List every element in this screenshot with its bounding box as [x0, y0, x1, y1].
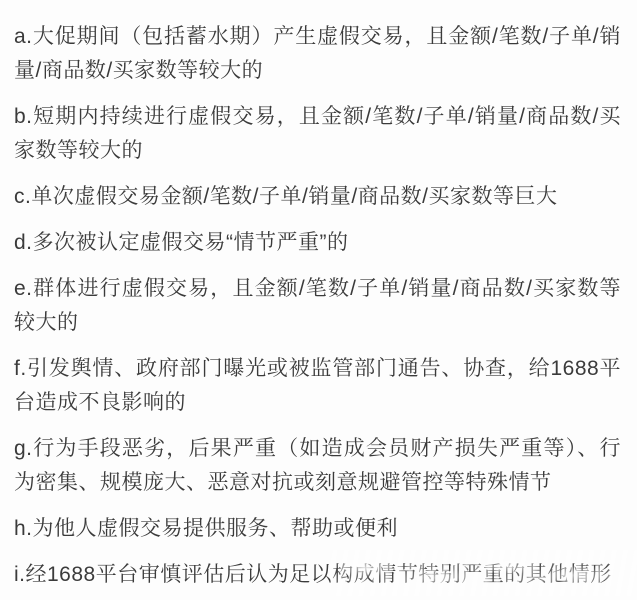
clause-g: g.行为手段恶劣，后果严重（如造成会员财产损失严重等）、行为密集、规模庞大、恶意…	[14, 432, 621, 500]
clause-c: c.单次虚假交易金额/笔数/子单/销量/商品数/买家数等巨大	[14, 180, 621, 214]
clause-i: i.经1688平台审慎评估后认为足以构成情节特别严重的其他情形	[14, 558, 621, 592]
clause-a: a.大促期间（包括蓄水期）产生虚假交易，且金额/笔数/子单/销量/商品数/买家数…	[14, 20, 621, 88]
clause-h: h.为他人虚假交易提供服务、帮助或便利	[14, 512, 621, 546]
clause-d: d.多次被认定虚假交易“情节严重”的	[14, 226, 621, 260]
clause-b: b.短期内持续进行虚假交易，且金额/笔数/子单/销量/商品数/买家数等较大的	[14, 100, 621, 168]
clause-f: f.引发舆情、政府部门曝光或被监管部门通告、协查，给1688平台造成不良影响的	[14, 352, 621, 420]
document-body: a.大促期间（包括蓄水期）产生虚假交易，且金额/笔数/子单/销量/商品数/买家数…	[0, 0, 637, 600]
clause-e: e.群体进行虚假交易，且金额/笔数/子单/销量/商品数/买家数等较大的	[14, 272, 621, 340]
